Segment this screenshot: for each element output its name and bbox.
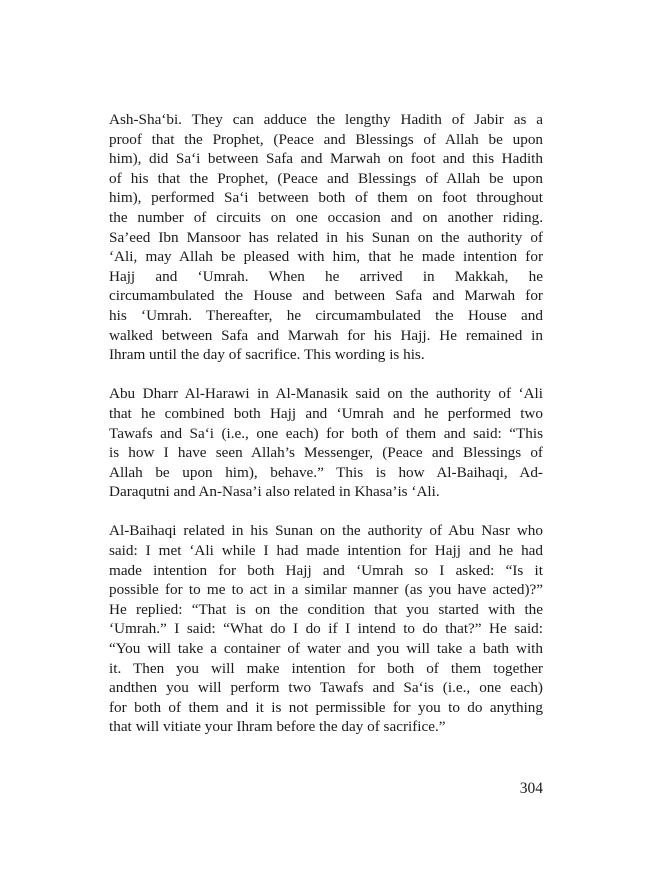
text-line: made intention for both Hajj and ‘Umrah … <box>109 561 543 581</box>
text-line: Sa’eed Ibn Mansoor has related in his Su… <box>109 228 543 248</box>
text-line: for both of them and it is not permissib… <box>109 698 543 718</box>
text-line: “You will take a container of water and … <box>109 639 543 659</box>
text-line: ‘Ali, may Allah be pleased with him, tha… <box>109 247 543 267</box>
text-line: Daraqutni and An-Nasa’i also related in … <box>109 482 543 502</box>
text-line: Tawafs and Sa‘i (i.e., one each) for bot… <box>109 424 543 444</box>
text-line: Al-Baihaqi related in his Sunan on the a… <box>109 521 543 541</box>
text-line: that will vitiate your Ihram before the … <box>109 717 543 737</box>
text-line: it. Then you will make intention for bot… <box>109 659 543 679</box>
text-line: ‘Umrah.” I said: “What do I do if I inte… <box>109 619 543 639</box>
text-line: that he combined both Hajj and ‘Umrah an… <box>109 404 543 424</box>
text-line: him), did Sa‘i between Safa and Marwah o… <box>109 149 543 169</box>
text-line: walked between Safa and Marwah for his H… <box>109 326 543 346</box>
text-line: of his that the Prophet, (Peace and Bles… <box>109 169 543 189</box>
text-line: him), performed Sa‘i between both of the… <box>109 188 543 208</box>
paragraph-1: Ash-Sha‘bi. They can adduce the lengthy … <box>109 110 543 365</box>
text-line: circumambulated the House and between Sa… <box>109 286 543 306</box>
page-number: 304 <box>500 780 543 798</box>
text-line: Ash-Sha‘bi. They can adduce the lengthy … <box>109 110 543 130</box>
paragraph-2: Abu Dharr Al-Harawi in Al-Manasik said o… <box>109 384 543 502</box>
text-line: Hajj and ‘Umrah. When he arrived in Makk… <box>109 267 543 287</box>
text-line: Abu Dharr Al-Harawi in Al-Manasik said o… <box>109 384 543 404</box>
text-line: Ihram until the day of sacrifice. This w… <box>109 345 543 365</box>
text-line: his ‘Umrah. Thereafter, he circumambulat… <box>109 306 543 326</box>
text-line: andthen you will perform two Tawafs and … <box>109 678 543 698</box>
document-page: Ash-Sha‘bi. They can adduce the lengthy … <box>0 0 654 874</box>
body-text: Ash-Sha‘bi. They can adduce the lengthy … <box>109 110 543 757</box>
text-line: He replied: “That is on the condition th… <box>109 600 543 620</box>
text-line: the number of circuits on one occasion a… <box>109 208 543 228</box>
text-line: Allah be upon him), behave.” This is how… <box>109 463 543 483</box>
text-line: said: I met ‘Ali while I had made intent… <box>109 541 543 561</box>
paragraph-3: Al-Baihaqi related in his Sunan on the a… <box>109 521 543 737</box>
text-line: proof that the Prophet, (Peace and Bless… <box>109 130 543 150</box>
text-line: possible for to me to act in a similar m… <box>109 580 543 600</box>
text-line: is how I have seen Allah’s Messenger, (P… <box>109 443 543 463</box>
